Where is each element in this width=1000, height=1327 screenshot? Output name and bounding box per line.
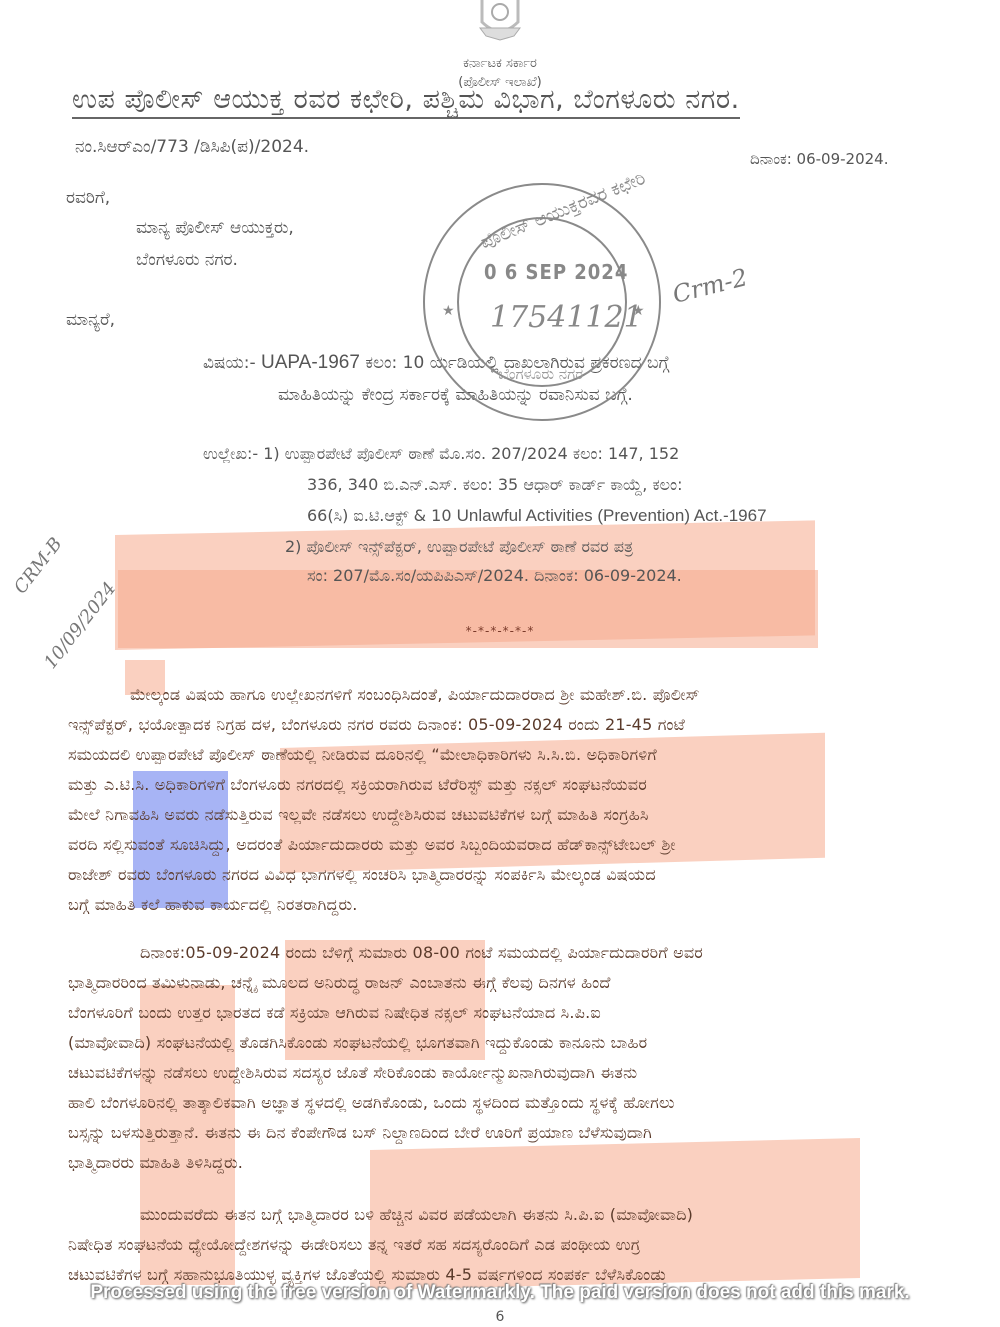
paragraph-line: ಚಟುವಟಿಕೆಗಳನ್ನು ನಡೆಸಲು ಉದ್ದೇಶಿಸಿರುವ ಸದಸ್ಯ… (68, 1060, 637, 1086)
reference-1-line3: 66(ಸಿ) ಐ.ಟಿ.ಆಕ್ಟ್ & 10 Unlawful Activiti… (307, 506, 767, 526)
reference-number: ನಂ.ಸಿಆರ್‌ಎಂ/773 /ಡಿಸಿಪಿ(ಪ)/2024. (75, 137, 309, 157)
police-emblem-icon (470, 0, 530, 42)
watermark-text: Processed using the free version of Wate… (0, 1282, 1000, 1304)
paragraph-line: ದಿನಾಂಕ:05-09-2024 ರಂದು ಬೆಳಿಗ್ಗೆ ಸುಮಾರು 0… (140, 940, 703, 966)
paragraph-line: ರಾಜೇಶ್ ರವರು ಬೆಂಗಳೂರು ನಗರದ ವಿವಿಧ ಭಾಗಗಳಲ್ಲ… (68, 862, 656, 888)
paragraph-line: ಬಗ್ಗೆ ಮಾಹಿತಿ ಕಲೆ ಹಾಕುವ ಕಾರ್ಯದಲ್ಲಿ ನಿರತರಾ… (68, 892, 358, 918)
letter-date: ದಿನಾಂಕ: 06-09-2024. (750, 150, 888, 168)
addressee-line2: ಬೆಂಗಳೂರು ನಗರ. (136, 250, 238, 270)
subject-code: UAPA-1967 (261, 352, 360, 373)
paragraph-line: ಮುಂದುವರೆದು ಈತನ ಬಗ್ಗೆ ಭಾತ್ಮಿದಾರರ ಬಳಿ ಹೆಚ್… (140, 1202, 693, 1228)
paragraph-line: ಮೇಲ್ಕಂಡ ವಿಷಯ ಹಾಗೂ ಉಲ್ಲೇಖನಗಳಿಗೆ ಸಂಬಂಧಿಸಿದ… (130, 682, 700, 708)
paragraph-line: ಬಸ್ಸನ್ನು ಬಳಸುತ್ತಿರುತ್ತಾನೆ. ಈತನು ಈ ದಿನ ಕೆ… (68, 1120, 652, 1146)
addressee-line1: ಮಾನ್ಯ ಪೊಲೀಸ್ ಆಯುಕ್ತರು, (136, 218, 294, 238)
references-label: ಉಲ್ಲೇಖ:- (203, 444, 258, 463)
government-name: ಕರ್ನಾಟಕ ಸರ್ಕಾರ (0, 56, 1000, 71)
stamp-date: 0 6 SEP 2024 (484, 260, 628, 284)
received-stamp: ★ ★ ಪೊಲೀಸ್ ಆಯುಕ್ತರವರ ಕಛೇರಿ 0 6 SEP 2024 … (420, 180, 665, 425)
references-line1: ಉಲ್ಲೇಖ:- 1) ಉಪ್ಪಾರಪೇಟೆ ಪೊಲೀಸ್ ಠಾಣೆ ಮೊ.ಸಂ… (203, 444, 679, 464)
paragraph-line: ಇನ್ಸ್‌ಪೆಕ್ಟರ್, ಭಯೋತ್ಪಾದಕ ನಿಗ್ರಹ ದಳ, ಬೆಂಗ… (68, 712, 685, 738)
stamp-inward-number: 17541121 (490, 300, 643, 335)
paragraph-line: ಭಾತ್ಮಿದಾರರು ಮಾಹಿತಿ ತಿಳಿಸಿದ್ದರು. (68, 1150, 243, 1176)
greeting: ಮಾನ್ಯರೆ, (66, 310, 115, 330)
margin-note-line1: CRM-B (10, 534, 67, 598)
reference-2-line1: 2) ಪೊಲೀಸ್ ಇನ್ಸ್‌ಪೆಕ್ಟರ್, ಉಪ್ಪಾರಪೇಟೆ ಪೊಲೀ… (285, 537, 633, 557)
paragraph-line: ಹಾಲಿ ಬೆಂಗಳೂರಿನಲ್ಲಿ ತಾತ್ಕಾಲಿಕವಾಗಿ ಅಜ್ಞಾತ … (68, 1090, 675, 1116)
section-separator: *-*-*-*-*-* (0, 624, 1000, 638)
svg-text:★: ★ (442, 303, 455, 319)
handwritten-note-crm2: Crm-2 (670, 263, 751, 309)
paragraph-line: ಬೆಂಗಳೂರಿಗೆ ಬಂದು ಉತ್ತರ ಭಾರತದ ಕಡೆ ಸಕ್ರಿಯಾ … (68, 1000, 601, 1026)
subject-label: ವಿಷಯ:- (203, 353, 256, 373)
reference-1-act-name: Unlawful Activities (Prevention) Act.-19… (457, 506, 767, 525)
paragraph-line: ಮೇಲೆ ನಿಗಾವಹಿಸಿ ಅವರು ನಡೆಸುತ್ತಿರುವ ಇಲ್ಲವೇ … (68, 802, 649, 828)
office-title: ಉಪ ಪೊಲೀಸ್ ಆಯುಕ್ತ ರವರ ಕಛೇರಿ, ಪಶ್ಚಿಮ ವಿಭಾಗ… (72, 84, 740, 119)
reference-1-line2: 336, 340 ಬಿ.ಎನ್.ಎಸ್. ಕಲಂ: 35 ಆಧಾರ್ ಕಾರ್ಡ… (307, 475, 683, 495)
stamp-bottom-text: ಬೆಂಗಳೂರು ನಗರ (498, 365, 583, 383)
addressee-to: ರವರಿಗೆ, (66, 188, 110, 208)
paragraph-line: ಭಾತ್ಮಿದಾರರಿಂದ ತಮಿಳುನಾಡು, ಚನ್ನೈ ಮೂಲದ ಅನಿರ… (68, 970, 611, 996)
paragraph-line: (ಮಾವೋವಾದಿ) ಸಂಘಟನೆಯಲ್ಲಿ ತೊಡಗಿಸಿಕೊಂಡು ಸಂಘಟ… (68, 1030, 647, 1056)
paragraph-line: ವರದಿ ಸಲ್ಲಿಸುವಂತೆ ಸೂಚಿಸಿದ್ದು, ಅದರಂತೆ ಪಿರ್… (68, 832, 676, 858)
paragraph-line: ಸಮಯದಲಿ ಉಪ್ಪಾರಪೇಟೆ ಪೊಲೀಸ್ ಠಾಣೆಯಲ್ಲಿ ನೀಡಿರ… (68, 742, 657, 768)
reference-1-line3-kn: 66(ಸಿ) ಐ.ಟಿ.ಆಕ್ಟ್ & 10 (307, 506, 452, 525)
reference-2-line2: ಸಂ: 207/ಮೊ.ಸಂ/ಯಪಿಪಿಎಸ್/2024. ದಿನಾಂಕ: 06-… (307, 566, 682, 586)
paragraph-line: ಮತ್ತು ಎ.ಟಿ.ಸಿ. ಅಧಿಕಾರಿಗಳಿಗೆ ಬೆಂಗಳೂರು ನಗರ… (68, 772, 647, 798)
page-number: 6 (0, 1309, 1000, 1325)
paragraph-line: ನಿಷೇಧಿತ ಸಂಘಟನೆಯ ಧ್ಯೇಯೋದ್ದೇಶಗಳನ್ನು ಈಡೇರಿಸ… (68, 1232, 640, 1258)
reference-1-line1: 1) ಉಪ್ಪಾರಪೇಟೆ ಪೊಲೀಸ್ ಠಾಣೆ ಮೊ.ಸಂ. 207/202… (263, 444, 679, 463)
